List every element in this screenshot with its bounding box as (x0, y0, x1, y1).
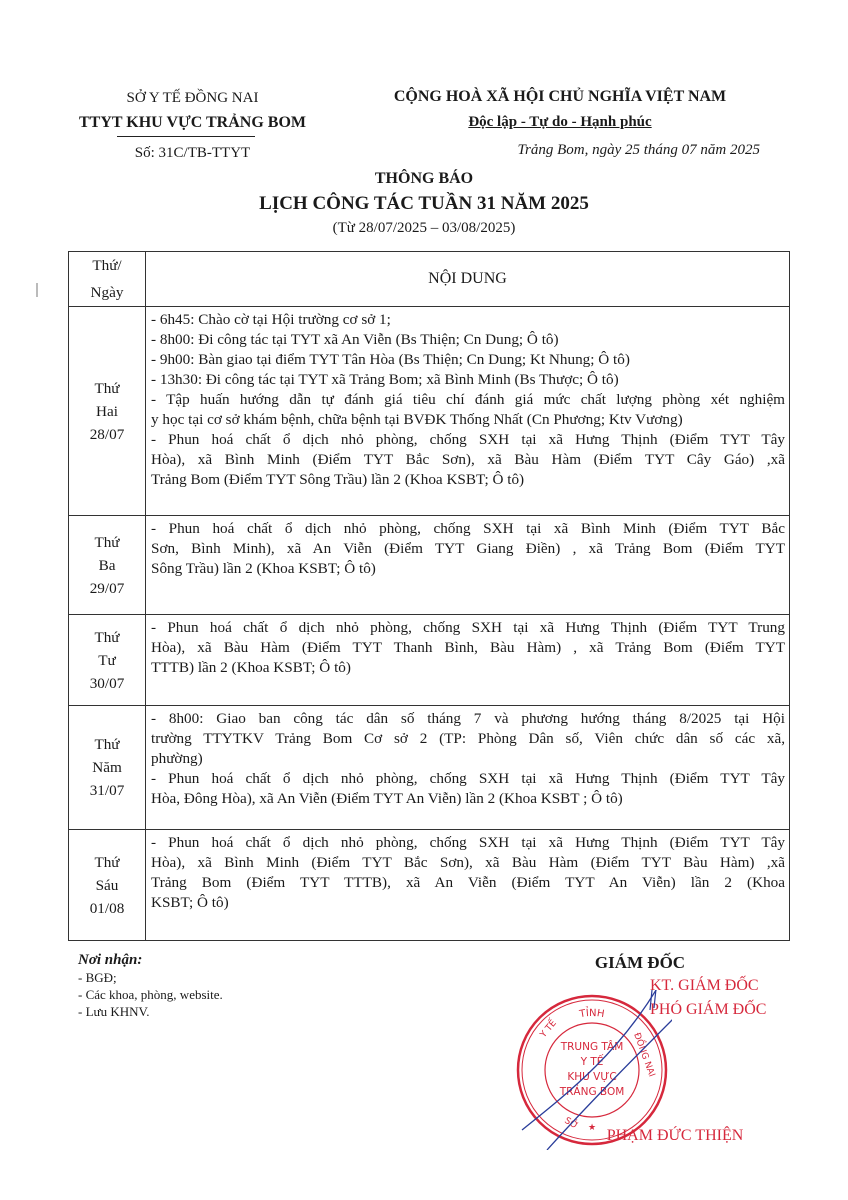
content-line: - Phun hoá chất ổ dịch nhỏ phòng, chống … (151, 430, 785, 450)
nation-title: CỘNG HOÀ XÃ HỘI CHỦ NGHĨA VIỆT NAM (340, 88, 780, 106)
content-line: - Phun hoá chất ổ dịch nhỏ phòng, chống … (151, 769, 785, 789)
content-line: Hòa, Đông Hòa), xã An Viễn (Điểm TYT An … (151, 789, 785, 809)
recipient-item: - BGĐ; (78, 969, 223, 986)
content-cell: - Phun hoá chất ổ dịch nhỏ phòng, chống … (146, 830, 790, 941)
content-line: Hòa), xã Bình Minh (Điểm TYT Bắc Sơn), x… (151, 853, 785, 873)
day-label: Tư (69, 649, 145, 672)
content-line: - 6h45: Chào cờ tại Hội trường cơ sở 1; (151, 310, 785, 330)
day-cell: ThứSáu01/08 (69, 830, 146, 941)
header-day-line2: Ngày (91, 284, 124, 301)
agency-underline (117, 136, 255, 137)
content-line: Sơn, Bình Minh), xã An Viễn (Điểm TYT Gi… (151, 539, 785, 559)
day-label: Thứ (69, 733, 145, 756)
stamp-center-text: TRUNG TÂMY TẾKHU VỰCTRẢNG BOM (559, 1040, 625, 1098)
agency-name: TTYT KHU VỰC TRẢNG BOM (60, 114, 325, 132)
stamp-outer-top: TỈNH (578, 1005, 605, 1020)
header-content: NỘI DUNG (146, 252, 790, 307)
doc-period: (Từ 28/07/2025 – 03/08/2025) (0, 220, 848, 237)
day-cell: ThứHai28/07 (69, 307, 146, 516)
day-label: Thứ (69, 626, 145, 649)
content-line: - Phun hoá chất ổ dịch nhỏ phòng, chống … (151, 519, 785, 539)
table-row: ThứBa29/07- Phun hoá chất ổ dịch nhỏ phò… (69, 516, 790, 615)
recipient-item: - Lưu KHNV. (78, 1003, 223, 1020)
content-cell: - Phun hoá chất ổ dịch nhỏ phòng, chống … (146, 516, 790, 615)
content-line: - 8h00: Đi công tác tại TYT xã An Viễn (… (151, 330, 785, 350)
signer-name: PHẠM ĐỨC THIỆN (565, 1127, 785, 1145)
table-row: ThứHai28/07- 6h45: Chào cờ tại Hội trườn… (69, 307, 790, 516)
recipients-title: Nơi nhận: (78, 952, 223, 969)
recipient-item: - Các khoa, phòng, website. (78, 986, 223, 1003)
content-line: trường TTYTKV Trảng Bom Cơ sở 2 (TP: Phò… (151, 729, 785, 749)
stamp-outer-left: Y TẾ (536, 1017, 559, 1041)
content-cell: - 6h45: Chào cờ tại Hội trường cơ sở 1;-… (146, 307, 790, 516)
day-cell: ThứBa29/07 (69, 516, 146, 615)
day-label: 28/07 (69, 423, 145, 446)
official-stamp: TỈNH Y TẾ ĐỒNG NAI SỞ ★ TRUNG TÂMY TẾKHU… (512, 990, 672, 1150)
recipients: Nơi nhận: - BGĐ; - Các khoa, phòng, webs… (78, 952, 223, 1020)
day-label: 01/08 (69, 897, 145, 920)
content-line: Hòa), xã Bàu Hàm (Điểm TYT Thanh Bình, B… (151, 638, 785, 658)
day-label: 30/07 (69, 672, 145, 695)
content-line: y học tại cơ sở khám bệnh, chữa bệnh tại… (151, 410, 785, 430)
agency-parent: SỞ Y TẾ ĐỒNG NAI (60, 90, 325, 107)
content-line: - Phun hoá chất ổ dịch nhỏ phòng, chống … (151, 618, 785, 638)
day-cell: ThứTư30/07 (69, 615, 146, 706)
content-line: TTTB) lần 2 (Khoa KSBT; Ô tô) (151, 658, 785, 678)
content-line: - Phun hoá chất ổ dịch nhỏ phòng, chống … (151, 833, 785, 853)
scan-margin-mark (36, 283, 38, 297)
place-date: Trảng Bom, ngày 25 tháng 07 năm 2025 (440, 142, 760, 159)
doc-subject: LỊCH CÔNG TÁC TUẦN 31 NĂM 2025 (0, 193, 848, 215)
content-line: - 8h00: Giao ban công tác dân số tháng 7… (151, 709, 785, 729)
content-line: Hòa), xã Bình Minh (Điểm TYT Bắc Sơn), x… (151, 450, 785, 470)
content-line: - 13h30: Đi công tác tại TYT xã Trảng Bo… (151, 370, 785, 390)
day-label: Thứ (69, 531, 145, 554)
table-row: ThứTư30/07- Phun hoá chất ổ dịch nhỏ phò… (69, 615, 790, 706)
content-cell: - 8h00: Giao ban công tác dân số tháng 7… (146, 706, 790, 830)
table-row: ThứSáu01/08- Phun hoá chất ổ dịch nhỏ ph… (69, 830, 790, 941)
day-label: Năm (69, 756, 145, 779)
header-day: Thứ/ Ngày (69, 252, 146, 307)
content-line: phường) (151, 749, 785, 769)
content-line: - Tập huấn hướng dẫn tự đánh giá tiêu ch… (151, 390, 785, 410)
svg-text:KHU VỰC: KHU VỰC (567, 1071, 616, 1083)
doc-number: Số: 31C/TB-TTYT (60, 145, 325, 162)
content-cell: - Phun hoá chất ổ dịch nhỏ phòng, chống … (146, 615, 790, 706)
day-label: Thứ (69, 377, 145, 400)
content-line: - 9h00: Bàn giao tại điểm TYT Tân Hòa (B… (151, 350, 785, 370)
day-label: Sáu (69, 874, 145, 897)
table-row: ThứNăm31/07- 8h00: Giao ban công tác dân… (69, 706, 790, 830)
agency-name-text: TTYT KHU VỰC TRẢNG BOM (79, 114, 306, 131)
table-header-row: Thứ/ Ngày NỘI DUNG (69, 252, 790, 307)
day-label: Thứ (69, 851, 145, 874)
schedule-table: Thứ/ Ngày NỘI DUNG ThứHai28/07- 6h45: Ch… (68, 251, 790, 941)
content-line: Trảng Bom (Điểm TYT TTTB), xã An Viễn (Đ… (151, 873, 785, 893)
day-label: 31/07 (69, 779, 145, 802)
content-line: Sông Trầu) lần 2 (Khoa KSBT; Ô tô) (151, 559, 785, 579)
day-label: Ba (69, 554, 145, 577)
motto: Độc lập - Tự do - Hạnh phúc (340, 114, 780, 131)
content-line: KSBT; Ô tô) (151, 893, 785, 913)
day-cell: ThứNăm31/07 (69, 706, 146, 830)
content-line: Trảng Bom (Điểm TYT Sông Trầu) lần 2 (Kh… (151, 470, 785, 490)
signature-title: GIÁM ĐỐC (560, 953, 720, 973)
doc-type: THÔNG BÁO (0, 170, 848, 188)
day-label: 29/07 (69, 577, 145, 600)
day-label: Hai (69, 400, 145, 423)
header-day-line1: Thứ/ (92, 257, 121, 274)
